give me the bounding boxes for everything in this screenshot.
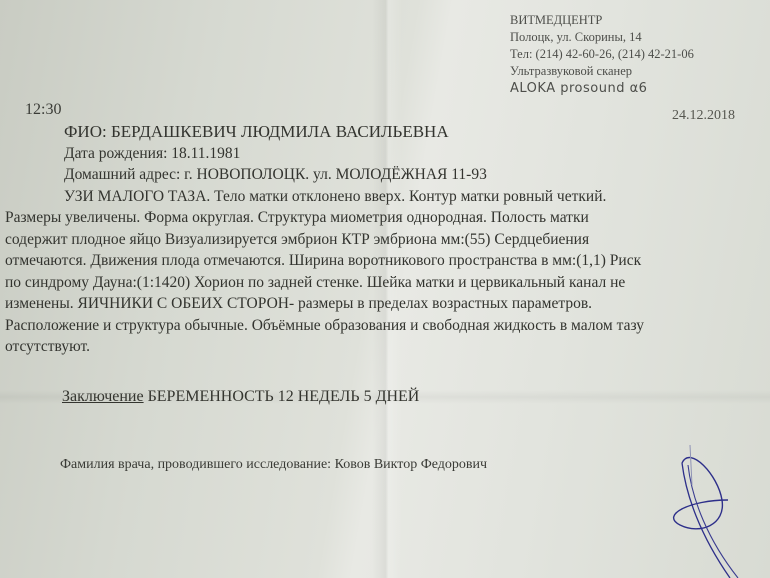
report-line: Расположение и структура обычные. Объёмн… (5, 315, 770, 337)
device-name: ALOKA prosound α6 (510, 80, 694, 97)
clinic-header: ВИТМЕДЦЕНТР Полоцк, ул. Скорины, 14 Тел:… (510, 12, 694, 97)
report-line: изменены. ЯИЧНИКИ С ОБЕИХ СТОРОН- размер… (5, 293, 770, 315)
report-body: ФИО: БЕРДАШКЕВИЧ ЛЮДМИЛА ВАСИЛЬЕВНА Дата… (5, 121, 770, 358)
report-time: 12:30 (25, 101, 61, 119)
signature-icon (630, 445, 770, 578)
patient-name: ФИО: БЕРДАШКЕВИЧ ЛЮДМИЛА ВАСИЛЬЕВНА (5, 121, 770, 143)
report-line: отсутствуют. (5, 336, 770, 358)
report-line: УЗИ МАЛОГО ТАЗА. Тело матки отклонено вв… (5, 186, 770, 208)
doctor-name: Фамилия врача, проводившего исследование… (60, 457, 487, 473)
clinic-phone: Тел: (214) 42-60-26, (214) 42-21-06 (510, 46, 694, 63)
conclusion-label: Заключение (62, 388, 144, 405)
clinic-name: ВИТМЕДЦЕНТР (510, 12, 694, 29)
clinic-address: Полоцк, ул. Скорины, 14 (510, 29, 694, 46)
report-line: Размеры увеличены. Форма округлая. Струк… (5, 207, 770, 229)
report-line: по синдрому Дауна:(1:1420) Хорион по зад… (5, 272, 770, 294)
report-line: содержит плодное яйцо Визуализируется эм… (5, 229, 770, 251)
conclusion-text: БЕРЕМЕННОСТЬ 12 НЕДЕЛЬ 5 ДНЕЙ (144, 388, 420, 405)
report-line: отмечаются. Движения плода отмечаются. Ш… (5, 250, 770, 272)
patient-birthdate: Дата рождения: 18.11.1981 (5, 143, 770, 165)
patient-address: Домашний адрес: г. НОВОПОЛОЦК. ул. МОЛОД… (5, 164, 770, 186)
device-label: Ультразвуковой сканер (510, 63, 694, 80)
conclusion: Заключение БЕРЕМЕННОСТЬ 12 НЕДЕЛЬ 5 ДНЕЙ (62, 388, 419, 406)
